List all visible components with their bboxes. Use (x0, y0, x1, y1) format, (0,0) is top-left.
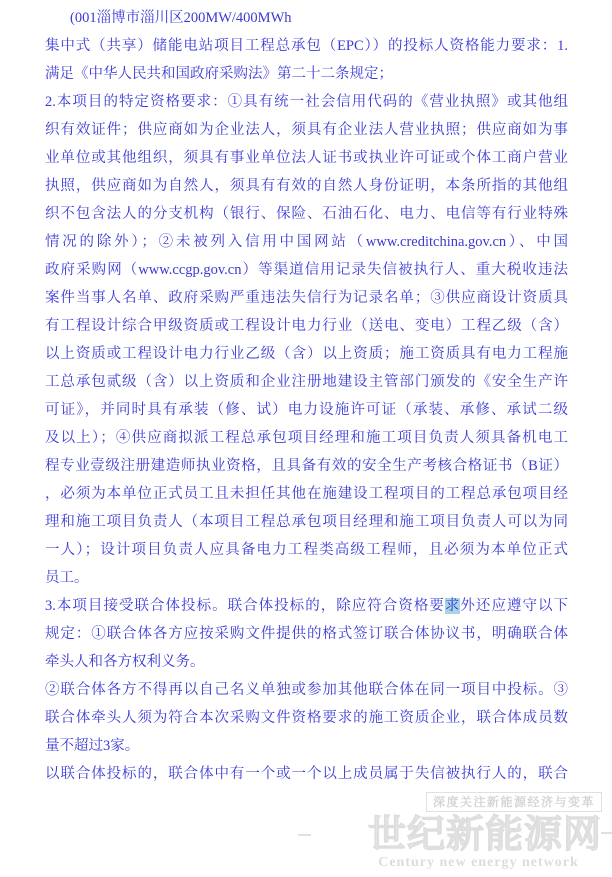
document-text: (001淄博市淄川区200MW/400MWh 集中式（共享）储能电站项目工程总承… (45, 4, 568, 788)
text-line: 工总承包贰级（含）以上资质和企业注册地建设主管部门颁发的《安全生产许 (45, 368, 568, 396)
text-line: (001淄博市淄川区200MW/400MWh (45, 4, 568, 32)
text-line: 量不超过3家。 (45, 732, 568, 760)
text-line: 以上资质或工程设计电力行业乙级（含）以上资质；施工资质具有电力工程施 (45, 340, 568, 368)
text-line: 2.本项目的特定资格要求：①具有统一社会信用代码的《营业执照》或其他组 (45, 88, 568, 116)
text-line: ，必须为本单位正式员工且未担任其他在施建设工程项目的工程总承包项目经 (45, 480, 568, 508)
text-line: 织有效证件；供应商如为企业法人，须具有企业法人营业执照；供应商如为事 (45, 116, 568, 144)
text-segment: 3.本项目接受联合体投标。联合体投标的，除应符合资格要 (45, 598, 445, 614)
text-line: 案件当事人名单、政府采购严重违法失信行为记录名单；③供应商设计资质具 (45, 284, 568, 312)
search-highlight: 求 (445, 598, 461, 614)
text-segment: 外还应遵守以下 (460, 598, 568, 614)
watermark-dash-right-icon (601, 832, 612, 834)
text-line: 业单位或其他组织，须具有事业单位法人证书或执业许可证或个体工商户营业 (45, 144, 568, 172)
watermark-brand-row: 世纪新能源网 (300, 813, 602, 857)
text-line: 牵头人和各方权利义务。 (45, 648, 568, 676)
text-line: 满足《中华人民共和国政府采购法》第二十二条规定； (45, 60, 568, 88)
watermark-tagline: 深度关注新能源经济与变革 (426, 792, 602, 812)
text-line: 可证》，并同时具有承装（修、试）电力设施许可证（承装、承修、承试二级 (45, 396, 568, 424)
text-line: ②联合体各方不得再以自己名义单独或参加其他联合体在同一项目中投标。③ (45, 676, 568, 704)
text-line: 以联合体投标的，联合体中有一个或一个以上成员属于失信被执行人的，联合 (45, 760, 568, 788)
text-line: 执照，供应商如为自然人，须具有有效的自然人身份证明，本条所指的其他组 (45, 172, 568, 200)
text-line: 及以上）；④供应商拟派工程总承包项目经理和施工项目负责人须具备机电工 (45, 424, 568, 452)
text-line: 联合体牵头人须为符合本次采购文件资格要求的施工资质企业，联合体成员数 (45, 704, 568, 732)
watermark: 深度关注新能源经济与变革 世纪新能源网 Century new energy n… (300, 792, 602, 871)
watermark-brand-text: 世纪新能源网 (368, 813, 602, 857)
text-line: 规定：①联合体各方应按采购文件提供的格式签订联合体协议书，明确联合体 (45, 620, 568, 648)
text-line: 一人）；设计项目负责人应具备电力工程类高级工程师，且必须为本单位正式 (45, 536, 568, 564)
text-line: 程专业壹级注册建造师执业资格，且具备有效的安全生产考核合格证书（B证） (45, 452, 568, 480)
text-line: 织不包含法人的分支机构（银行、保险、石油石化、电力、电信等有行业特殊 (45, 200, 568, 228)
text-line: 有工程设计综合甲级资质或工程设计电力行业（送电、变电）工程乙级（含） (45, 312, 568, 340)
text-line: 政府采购网（www.ccgp.gov.cn）等渠道信用记录失信被执行人、重大税收… (45, 256, 568, 284)
text-line: 情况的除外）；②未被列入信用中国网站（www.creditchina.gov.c… (45, 228, 568, 256)
watermark-dash-left-icon (298, 834, 311, 836)
text-line: 集中式（共享）储能电站项目工程总承包（EPC））的投标人资格能力要求：1. (45, 32, 568, 60)
text-line: 理和施工项目负责人（本项目工程总承包项目经理和施工项目负责人可以为同 (45, 508, 568, 536)
text-line: 员工。 (45, 564, 568, 592)
text-line-with-highlight: 3.本项目接受联合体投标。联合体投标的，除应符合资格要求外还应遵守以下 (45, 592, 568, 620)
watermark-subtitle: Century new energy network (300, 855, 602, 871)
